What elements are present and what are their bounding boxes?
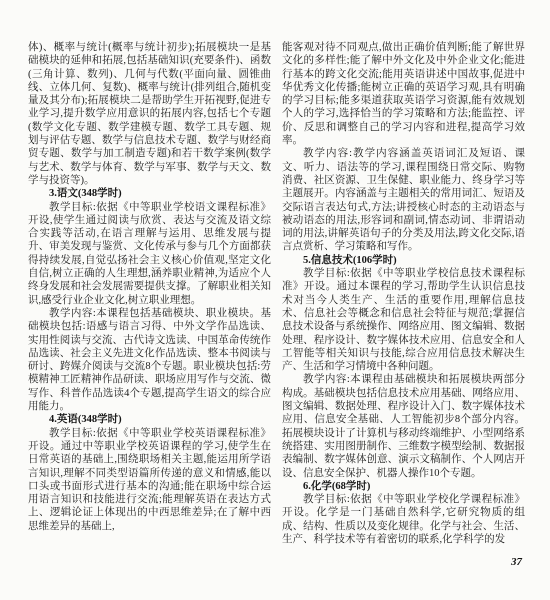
paragraph-english-goals: 教学目标:依据《中等职业学校英语课程标准》开设。通过中等职业学校英语课程的学习,… — [28, 427, 271, 533]
paragraph-it-goals: 教学目标:依据《中等职业学校信息技术课程标准》开设。通过本课程的学习,帮助学生认… — [282, 267, 525, 373]
paragraph-chinese-content: 教学内容:本课程包括基础模块、职业模块。基础模块包括:语感与语言习得、中外文学作… — [28, 307, 271, 413]
paragraph-english-goals-continued: 能客观对待不同观点,做出正确价值判断;能了解世界文化的多样性;能了解中外文化及中… — [282, 41, 525, 147]
paragraph-math-content-continued: 体)、概率与统计(概率与统计初步);拓展模块一是基础模块的延伸和拓展,包括基础知… — [28, 41, 271, 187]
section-heading-chemistry-course: 6.化学(68学时) — [282, 480, 525, 493]
section-heading-chinese-course: 3.语文(348学时) — [28, 187, 271, 200]
left-column: 体)、概率与统计(概率与统计初步);拓展模块一是基础模块的延伸和拓展,包括基础知… — [28, 41, 271, 559]
paragraph-chemistry-goals: 教学目标:依据《中等职业学校化学课程标准》开设。化学是一门基础自然科学,它研究物… — [282, 493, 525, 546]
section-heading-it-course: 5.信息技术(106学时) — [282, 254, 525, 267]
page-number: 37 — [511, 556, 522, 568]
section-heading-english-course: 4.英语(348学时) — [28, 413, 271, 426]
paragraph-it-content: 教学内容:本课程由基础模块和拓展模块两部分构成。基础模块包括信息技术应用基础、网… — [282, 373, 525, 479]
scanned-document-page: 体)、概率与统计(概率与统计初步);拓展模块一是基础模块的延伸和拓展,包括基础知… — [0, 0, 550, 600]
right-column: 能客观对待不同观点,做出正确价值判断;能了解世界文化的多样性;能了解中外文化及中… — [282, 41, 525, 559]
paragraph-english-content: 教学内容:教学内容涵盖英语词汇及短语、课文、听力、语法等的学习,课程围绕日常交际… — [282, 147, 525, 253]
paragraph-chinese-goals: 教学目标:依据《中等职业学校语文课程标准》开设,使学生通过阅读与欣赏、表达与交流… — [28, 201, 271, 307]
